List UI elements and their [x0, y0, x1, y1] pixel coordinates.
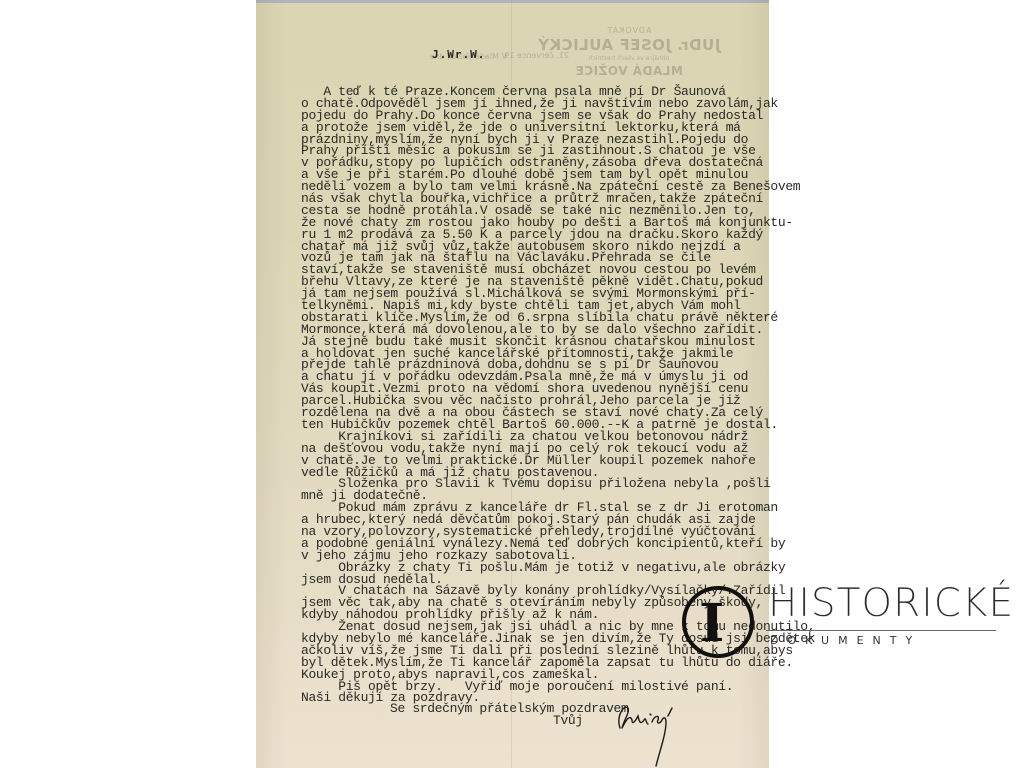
- typed-initials: J.Wr.W.: [432, 48, 485, 61]
- closing-greeting: Se srdečným přátelským pozdravem: [390, 701, 628, 716]
- watermark-logo: I HISTORICKÉ DOKUMENTY: [682, 578, 982, 668]
- handwritten-signature: [612, 690, 682, 768]
- letterhead-title: ADVOKÁT: [529, 26, 729, 35]
- letterhead-town: MLADÁ VOŽICE: [529, 64, 729, 78]
- brand-divider: [766, 630, 996, 631]
- brand-dokumenty: DOKUMENTY: [770, 634, 921, 647]
- letterhead-showthrough: ADVOKÁT JUDr. JOSEF AULICKÝ obhájce ve v…: [256, 26, 769, 86]
- brand-historicke: HISTORICKÉ: [768, 582, 1014, 626]
- logo-circle-icon: I: [682, 586, 754, 658]
- closing-valediction: Tvůj: [553, 713, 583, 728]
- letterhead-date: 21. července 19: [504, 51, 569, 60]
- screen: ADVOKÁT JUDr. JOSEF AULICKÝ obhájce ve v…: [0, 0, 1024, 768]
- logo-glyph: I: [700, 594, 724, 654]
